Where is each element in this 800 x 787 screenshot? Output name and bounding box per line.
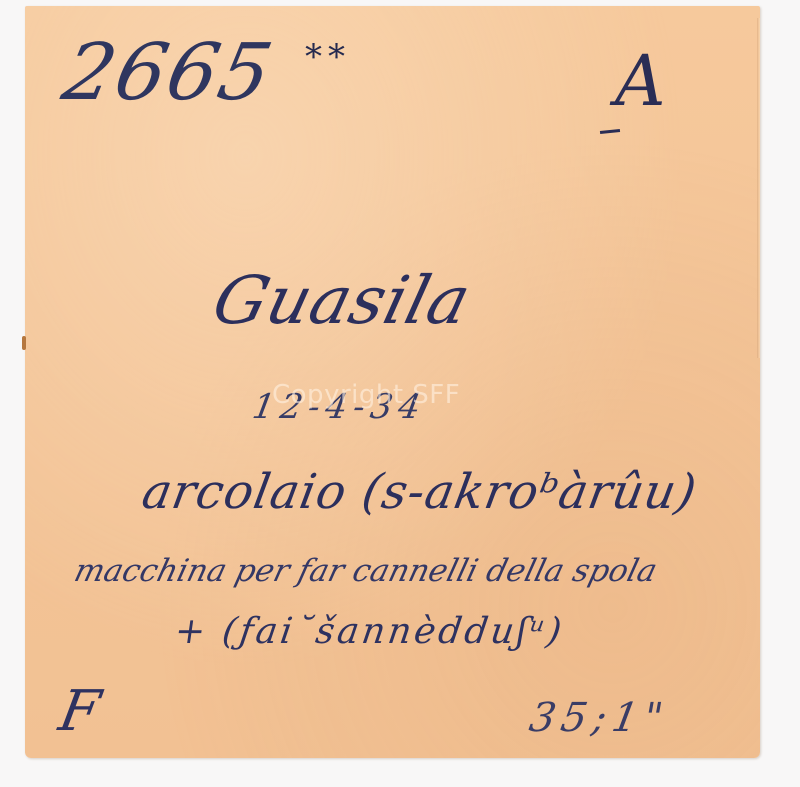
scan-background: 2665 ** A Guasila 12-4-34 arcolaio (s-ak…	[0, 0, 800, 787]
corner-mark: F	[55, 684, 104, 740]
photo-reference: 35;1"	[526, 698, 671, 738]
place-name: Guasila	[207, 268, 477, 334]
section-letter-underline	[600, 129, 620, 134]
card-fold-edge	[757, 18, 760, 358]
term-entry: arcolaio (s-akroᵇàrûu)	[139, 468, 701, 516]
copyright-watermark: Copyright SFF	[272, 380, 460, 410]
term-description: macchina per far cannelli della spola	[71, 556, 660, 587]
catalog-stars: **	[305, 40, 351, 74]
card-edge-mark	[22, 336, 26, 350]
catalog-number: 2665	[57, 34, 280, 112]
section-letter: A	[615, 46, 666, 116]
dialect-variant: + (ƒai˘šannèdduʃᵘ)	[172, 614, 566, 650]
